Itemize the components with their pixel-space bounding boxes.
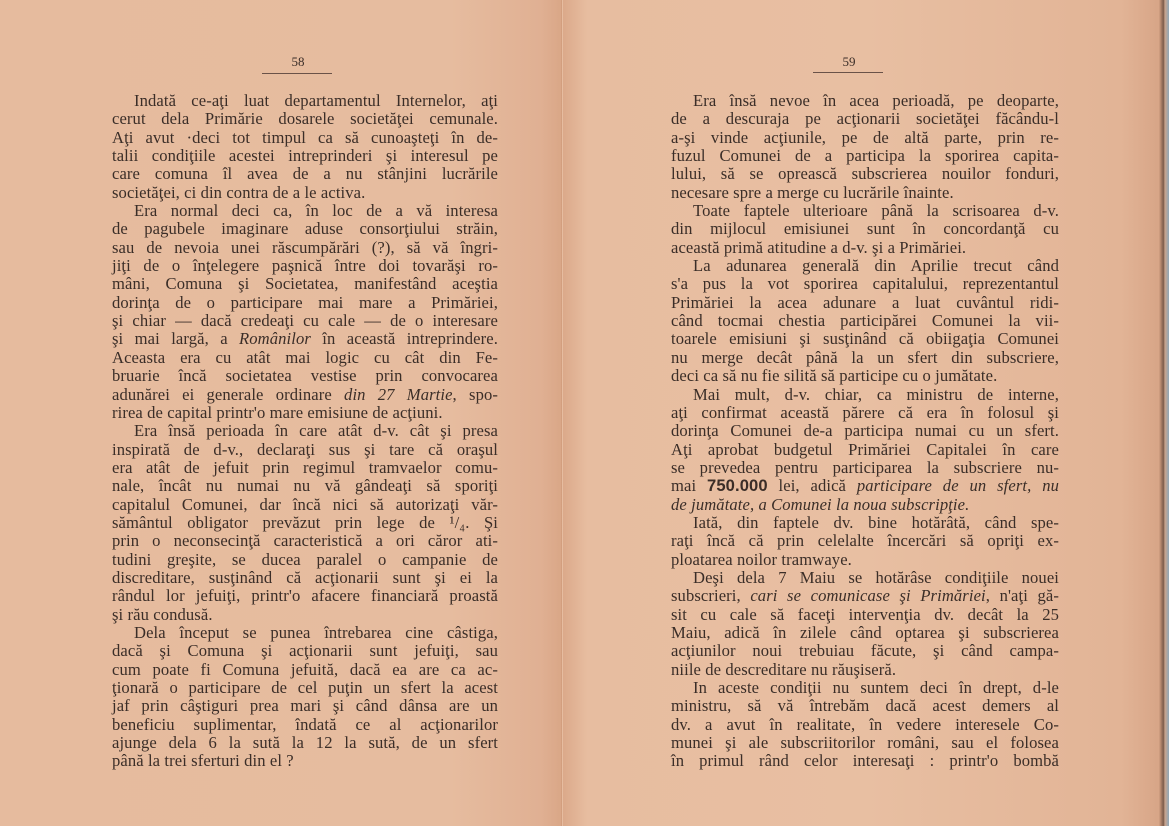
right-page: 59 Era însă nevoe în acea perioadă, pe d… [563, 0, 1169, 826]
text-line: ploatarea noilor tramwaye. [671, 551, 1059, 569]
text-line: deci ca să nu fie silită să participe cu… [671, 367, 1059, 385]
left-page-text: Indată ce-aţi luat departamentul Interne… [112, 92, 498, 771]
text-line: In aceste condiţii nu suntem deci în dre… [671, 679, 1059, 697]
text-segment: subscrieri, [671, 586, 750, 605]
text-line: mai 750.000 lei, adică participare de un… [671, 477, 1059, 495]
italic-text: din 27 Martie [344, 385, 453, 404]
text-line: prin o neconsecinţă caracteristică a ori… [112, 532, 498, 550]
text-line: sământul obligator prevăzut prin lege de… [112, 514, 498, 532]
page-number: 58 [258, 54, 338, 70]
text-line: era atât de jefuit prin regimul tramvael… [112, 459, 498, 477]
text-line: nale, încât nu numai nu vă gândeaţi să s… [112, 477, 498, 495]
text-line: Iată, din faptele dv. bine hotărâtă, cân… [671, 514, 1059, 532]
text-line: fuzul Comunei de a participa la sporirea… [671, 147, 1059, 165]
text-line: discreditare, susţinând că acţionarii su… [112, 569, 498, 587]
text-segment: , n'aţi gă- [986, 586, 1059, 605]
text-line: niile de descreditare nu răuşiseră. [671, 661, 1059, 679]
text-line: dacă şi Comuna şi acţionarii sunt jefuiţ… [112, 642, 498, 660]
right-page-text: Era însă nevoe în acea perioadă, pe deop… [671, 92, 1059, 771]
text-line: dorinţa Comunei de-a participa numai cu … [671, 422, 1059, 440]
text-line: rândul lor jefuiţi, printr'o afacere fin… [112, 587, 498, 605]
text-segment: adunărei ei generale ordinare [112, 385, 344, 404]
text-line: raţi încă că prin celelalte încercări să… [671, 532, 1059, 550]
text-line: când tocmai chestia participărei Comunei… [671, 312, 1059, 330]
text-segment: în această intreprindere. [311, 329, 498, 348]
book-spread: 58 Indată ce-aţi luat departamentul Inte… [0, 0, 1169, 826]
text-line: lului, să se oprească subscrierea nouilo… [671, 165, 1059, 183]
text-line: în primul rând celor interesaţi : printr… [671, 752, 1059, 770]
text-line: s'a pus la vot sporirea capitalului, rep… [671, 275, 1059, 293]
text-line: Aţi aprobat budgetul Primăriei Capitalei… [671, 441, 1059, 459]
italic-text: Românilor [239, 329, 311, 348]
text-line: ajunge dela 6 la sută la 12 la sută, de … [112, 734, 498, 752]
italic-text: de jumătate, a Comunei la noua subscripţ… [671, 495, 969, 514]
text-line: capitalul Comunei, dar încă nici să auto… [112, 496, 498, 514]
page-number-rule [262, 73, 332, 74]
text-segment: lei, adică [768, 476, 857, 495]
text-line: bruarie încă societatea vestise prin con… [112, 367, 498, 385]
italic-text: participare de un sfert, nu [857, 476, 1059, 495]
text-segment: , spo- [453, 385, 498, 404]
text-line: nu merge decât până la un sfert din subs… [671, 349, 1059, 367]
text-line: de jumătate, a Comunei la noua subscripţ… [671, 496, 1059, 514]
text-line: sau de nevoia unei răscumpărări (?), să … [112, 239, 498, 257]
text-line: mâni, Comuna şi Societatea, manifestând … [112, 275, 498, 293]
text-line: şi rău condusă. [112, 606, 498, 624]
text-line: societăţei, ci din contra de a le activa… [112, 184, 498, 202]
text-line: ţionară o participare de cel puţin un sf… [112, 679, 498, 697]
text-segment: şi mai largă, a [112, 329, 239, 348]
text-line: aţi confirmat această părere că era în f… [671, 404, 1059, 422]
text-line: dorinţa de o participare mai mare a Prim… [112, 294, 498, 312]
text-line: cum poate fi Comuna jefuită, dacă ea are… [112, 661, 498, 679]
text-line: rirea de capital printr'o mare emisiune … [112, 404, 498, 422]
text-line: de pagubele imaginare aduse consorţiului… [112, 220, 498, 238]
text-line: dv. a avut în realitate, în vedere inter… [671, 716, 1059, 734]
text-line: sit cu cale să faceţi intervenţia dv. de… [671, 606, 1059, 624]
text-line: munei şi ale subscriitorilor români, sau… [671, 734, 1059, 752]
text-line: talii condiţiile acestei intreprinderi ş… [112, 147, 498, 165]
text-line: această primă atitudine a d-v. şi a Prim… [671, 239, 1059, 257]
text-line: La adunarea generală din Aprilie trecut … [671, 257, 1059, 275]
text-line: de a descuraja pe acţionarii societăţei … [671, 110, 1059, 128]
text-line: subscrieri, cari se comunicase şi Primăr… [671, 587, 1059, 605]
text-line: adunărei ei generale ordinare din 27 Mar… [112, 386, 498, 404]
text-line: Dela început se punea întrebarea cine câ… [112, 624, 498, 642]
text-line: acţiunilor noui trebuiau făcute, şi când… [671, 642, 1059, 660]
text-segment: mai [671, 476, 707, 495]
text-line: inspirată de d-v., declaraţi sus şi tare… [112, 441, 498, 459]
text-line: Indată ce-aţi luat departamentul Interne… [112, 92, 498, 110]
text-line: Toate faptele ulterioare până la scrisoa… [671, 202, 1059, 220]
text-line: tudini greşite, se ducea paralel o campa… [112, 551, 498, 569]
text-line: Maiu, adică în zilele când optarea şi su… [671, 624, 1059, 642]
text-line: beneficiu suplimentar, îndată ce al acţi… [112, 716, 498, 734]
left-page: 58 Indată ce-aţi luat departamentul Inte… [0, 0, 563, 826]
text-line: toarele emisiuni şi susţinând că obiigaţ… [671, 330, 1059, 348]
text-line: cerut dela Primărie dosarele societăţei … [112, 110, 498, 128]
text-line: necesare spre a merge cu lucrările înain… [671, 184, 1059, 202]
bold-amount: 750.000 [707, 476, 768, 495]
text-line: din mijlocul emisiunei sunt în concordan… [671, 220, 1059, 238]
text-line: Deşi dela 7 Maiu se hotărâse condiţiile … [671, 569, 1059, 587]
page-edge [1159, 0, 1169, 826]
text-line: până la trei sferturi din el ? [112, 752, 498, 770]
text-line: jiţi de o înţelegere paşnică între doi t… [112, 257, 498, 275]
text-line: Era însă perioada în care atât d-v. cât … [112, 422, 498, 440]
text-line: Era normal deci ca, în loc de a vă inter… [112, 202, 498, 220]
text-line: Mai mult, d-v. chiar, ca ministru de int… [671, 386, 1059, 404]
text-line: Era însă nevoe în acea perioadă, pe deop… [671, 92, 1059, 110]
text-line: jaf prin câştiguri prea mari şi când dân… [112, 697, 498, 715]
text-line: Aţi avut ·deci tot timpul ca să cunoaşte… [112, 129, 498, 147]
text-line: se prevedea pentru participarea la subsc… [671, 459, 1059, 477]
text-line: Aceasta era cu atât mai logic cu cât din… [112, 349, 498, 367]
text-line: şi mai largă, a Românilor în această int… [112, 330, 498, 348]
text-line: care comuna îl avea de a nu stânjini luc… [112, 165, 498, 183]
text-line: şi chiar — dacă credeaţi cu cale — de o … [112, 312, 498, 330]
italic-text: cari se comunicase şi Primăriei [750, 586, 985, 605]
text-line: Primăriei la acea adunare a luat cuvântu… [671, 294, 1059, 312]
page-number: 59 [809, 54, 889, 70]
page-number-rule [813, 72, 883, 73]
text-line: a-şi vinde acţiunile, pe de altă parte, … [671, 129, 1059, 147]
text-line: ministru, să vă întrebăm dacă acest deme… [671, 697, 1059, 715]
